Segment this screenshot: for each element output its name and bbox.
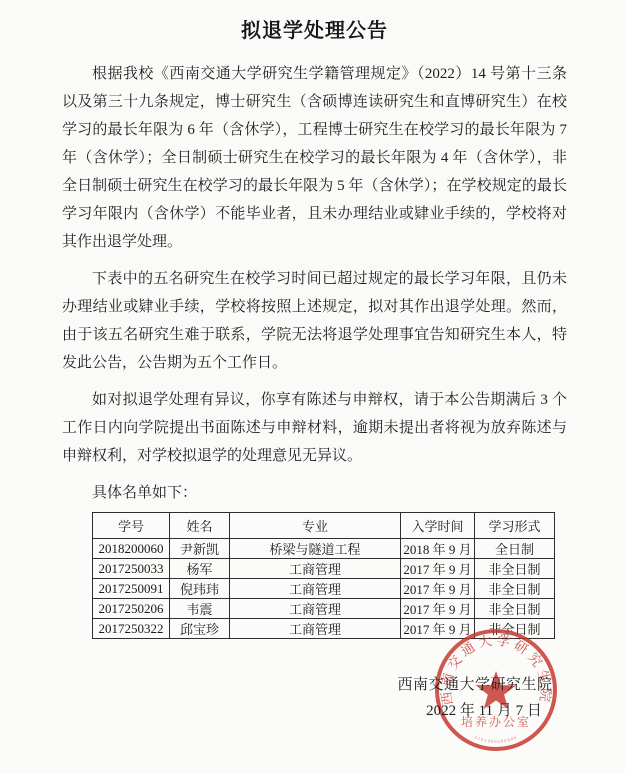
roster-table: 学号 姓名 专业 入学时间 学习形式 2018200060 尹新凯 桥梁与隧道工…: [92, 512, 555, 639]
document-page: 拟退学处理公告 根据我校《西南交通大学研究生学籍管理规定》（2022）14 号第…: [0, 0, 625, 774]
notice-paragraph-2: 下表中的五名研究生在校学习时间已超过规定的最长学习年限，且仍未办理结业或肄业手续…: [62, 265, 567, 377]
signature-org: 西南交通大学研究生院: [368, 672, 582, 698]
cell-major: 桥梁与隧道工程: [230, 539, 401, 559]
header-study-mode: 学习形式: [475, 513, 555, 539]
cell-student-id: 2017250091: [93, 579, 170, 599]
cell-name: 尹新凯: [170, 539, 230, 559]
header-major: 专业: [230, 513, 401, 539]
cell-student-id: 2017250322: [93, 619, 170, 639]
cell-study-mode: 非全日制: [475, 559, 555, 579]
table-row: 2017250091 倪玮玮 工商管理 2017 年 9 月 非全日制: [93, 579, 555, 599]
cell-study-mode: 全日制: [475, 539, 555, 559]
table-row: 2017250206 韦震 工商管理 2017 年 9 月 非全日制: [93, 599, 555, 619]
seal-code: 5101000000986: [474, 735, 518, 744]
page-title: 拟退学处理公告: [62, 14, 567, 43]
cell-major: 工商管理: [230, 559, 401, 579]
notice-paragraph-3: 如对拟退学处理有异议，你享有陈述与申辩权，请于本公告期满后 3 个工作日内向学院…: [62, 386, 567, 470]
seal-code-holder: 5101000000986: [474, 735, 518, 744]
document-body: 拟退学处理公告 根据我校《西南交通大学研究生学籍管理规定》（2022）14 号第…: [0, 0, 625, 639]
cell-name: 倪玮玮: [170, 579, 230, 599]
header-student-id: 学号: [93, 513, 170, 539]
roster-intro: 具体名单如下：: [62, 479, 567, 507]
cell-study-mode: 非全日制: [475, 579, 555, 599]
header-name: 姓名: [170, 513, 230, 539]
cell-name: 韦震: [170, 599, 230, 619]
notice-paragraph-1: 根据我校《西南交通大学研究生学籍管理规定》（2022）14 号第十三条以及第三十…: [62, 60, 567, 256]
cell-name: 邱宝珍: [170, 619, 230, 639]
cell-major: 工商管理: [230, 579, 401, 599]
cell-enroll-date: 2017 年 9 月: [401, 559, 475, 579]
signature-block: 西南交通大学研究生院 2022 年 11 月 7 日: [368, 672, 582, 724]
cell-study-mode: 非全日制: [475, 599, 555, 619]
table-row: 2017250033 杨军 工商管理 2017 年 9 月 非全日制: [93, 559, 555, 579]
cell-enroll-date: 2017 年 9 月: [401, 579, 475, 599]
table-row: 2018200060 尹新凯 桥梁与隧道工程 2018 年 9 月 全日制: [93, 539, 555, 559]
cell-student-id: 2017250206: [93, 599, 170, 619]
cell-enroll-date: 2018 年 9 月: [401, 539, 475, 559]
cell-student-id: 2017250033: [93, 559, 170, 579]
cell-student-id: 2018200060: [93, 539, 170, 559]
header-enroll-date: 入学时间: [401, 513, 475, 539]
table-header-row: 学号 姓名 专业 入学时间 学习形式: [93, 513, 555, 539]
cell-major: 工商管理: [230, 619, 401, 639]
cell-major: 工商管理: [230, 599, 401, 619]
cell-name: 杨军: [170, 559, 230, 579]
signature-date: 2022 年 11 月 7 日: [386, 698, 582, 724]
cell-enroll-date: 2017 年 9 月: [401, 599, 475, 619]
